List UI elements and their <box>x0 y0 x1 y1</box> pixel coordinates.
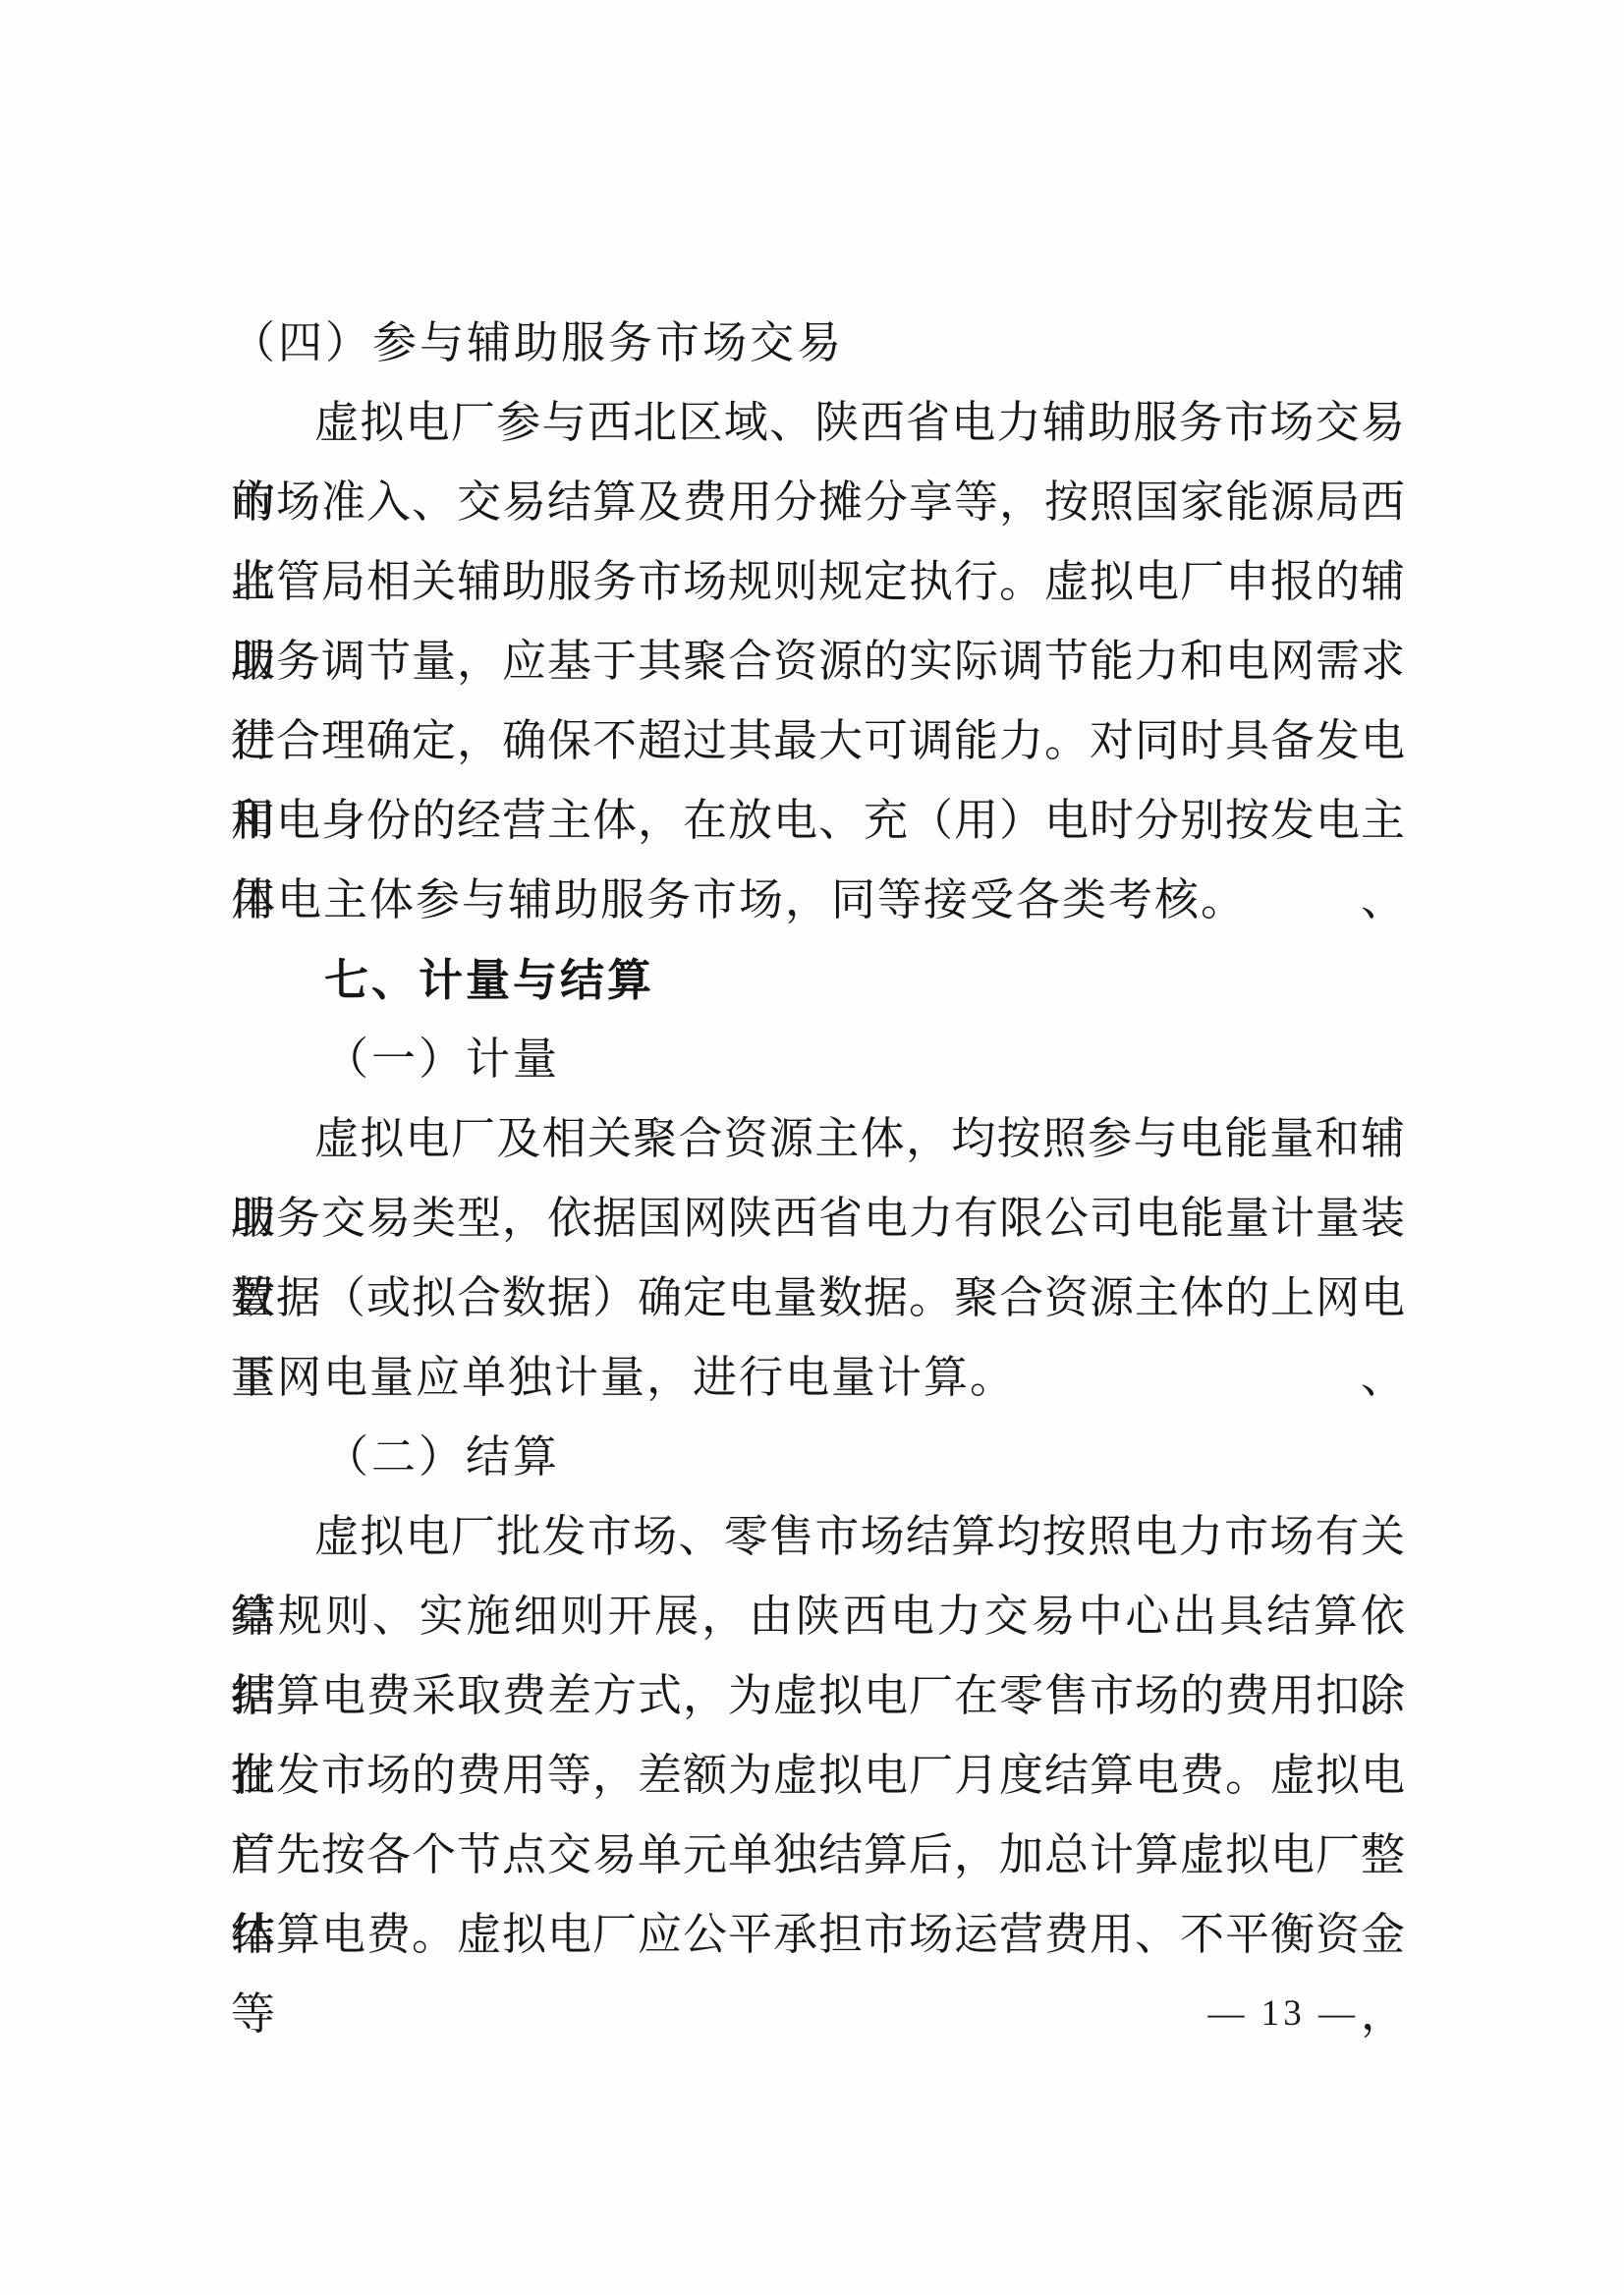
text-line: 首先按各个节点交易单元单独结算后，加总计算虚拟电厂整体 <box>231 1816 1405 1895</box>
heading-chapter-7: 七、计量与结算 <box>231 940 1405 1020</box>
page-number: — 13 — <box>1208 1992 1360 2036</box>
text-line: 市场准入、交易结算及费用分摊分享等，按照国家能源局西北 <box>231 463 1405 542</box>
text-line: 虚拟电厂及相关聚合资源主体，均按照参与电能量和辅助 <box>231 1099 1405 1179</box>
text-line: 数据（或拟合数据）确定电量数据。聚合资源主体的上网电量、 <box>231 1259 1405 1338</box>
text-line: 服务交易类型，依据国网陕西省电力有限公司电能量计量装置 <box>231 1179 1405 1259</box>
text-line: 用电身份的经营主体，在放电、充（用）电时分别按发电主体、 <box>231 781 1405 861</box>
text-line: 服务调节量，应基于其聚合资源的实际调节能力和电网需求进 <box>231 622 1405 701</box>
text-line: 虚拟电厂批发市场、零售市场结算均按照电力市场有关结 <box>231 1497 1405 1577</box>
text-line: 监管局相关辅助服务市场规则规定执行。虚拟电厂申报的辅助 <box>231 542 1405 622</box>
document-page: （四）参与辅助服务市场交易 虚拟电厂参与西北区域、陕西省电力辅助服务市场交易的 … <box>0 0 1624 2295</box>
text-line: 批发市场的费用等，差额为虚拟电厂月度结算电费。虚拟电厂 <box>231 1736 1405 1816</box>
text-line: 行合理确定，确保不超过其最大可调能力。对同时具备发电和 <box>231 701 1405 781</box>
document-text-block: （四）参与辅助服务市场交易 虚拟电厂参与西北区域、陕西省电力辅助服务市场交易的 … <box>231 304 1405 1975</box>
text-line: 结算电费。虚拟电厂应公平承担市场运营费用、不平衡资金等， <box>231 1895 1405 1975</box>
heading-section-4: （四）参与辅助服务市场交易 <box>231 304 1405 383</box>
text-line: 用电主体参与辅助服务市场，同等接受各类考核。 <box>231 861 1405 940</box>
heading-subsection-2: （二）结算 <box>231 1418 1405 1497</box>
text-line: 虚拟电厂参与西北区域、陕西省电力辅助服务市场交易的 <box>231 383 1405 463</box>
text-line: 算规则、实施细则开展，由陕西电力交易中心出具结算依据。 <box>231 1577 1405 1656</box>
heading-subsection-1: （一）计量 <box>231 1020 1405 1099</box>
text-line: 结算电费采取费差方式，为虚拟电厂在零售市场的费用扣除在 <box>231 1656 1405 1736</box>
